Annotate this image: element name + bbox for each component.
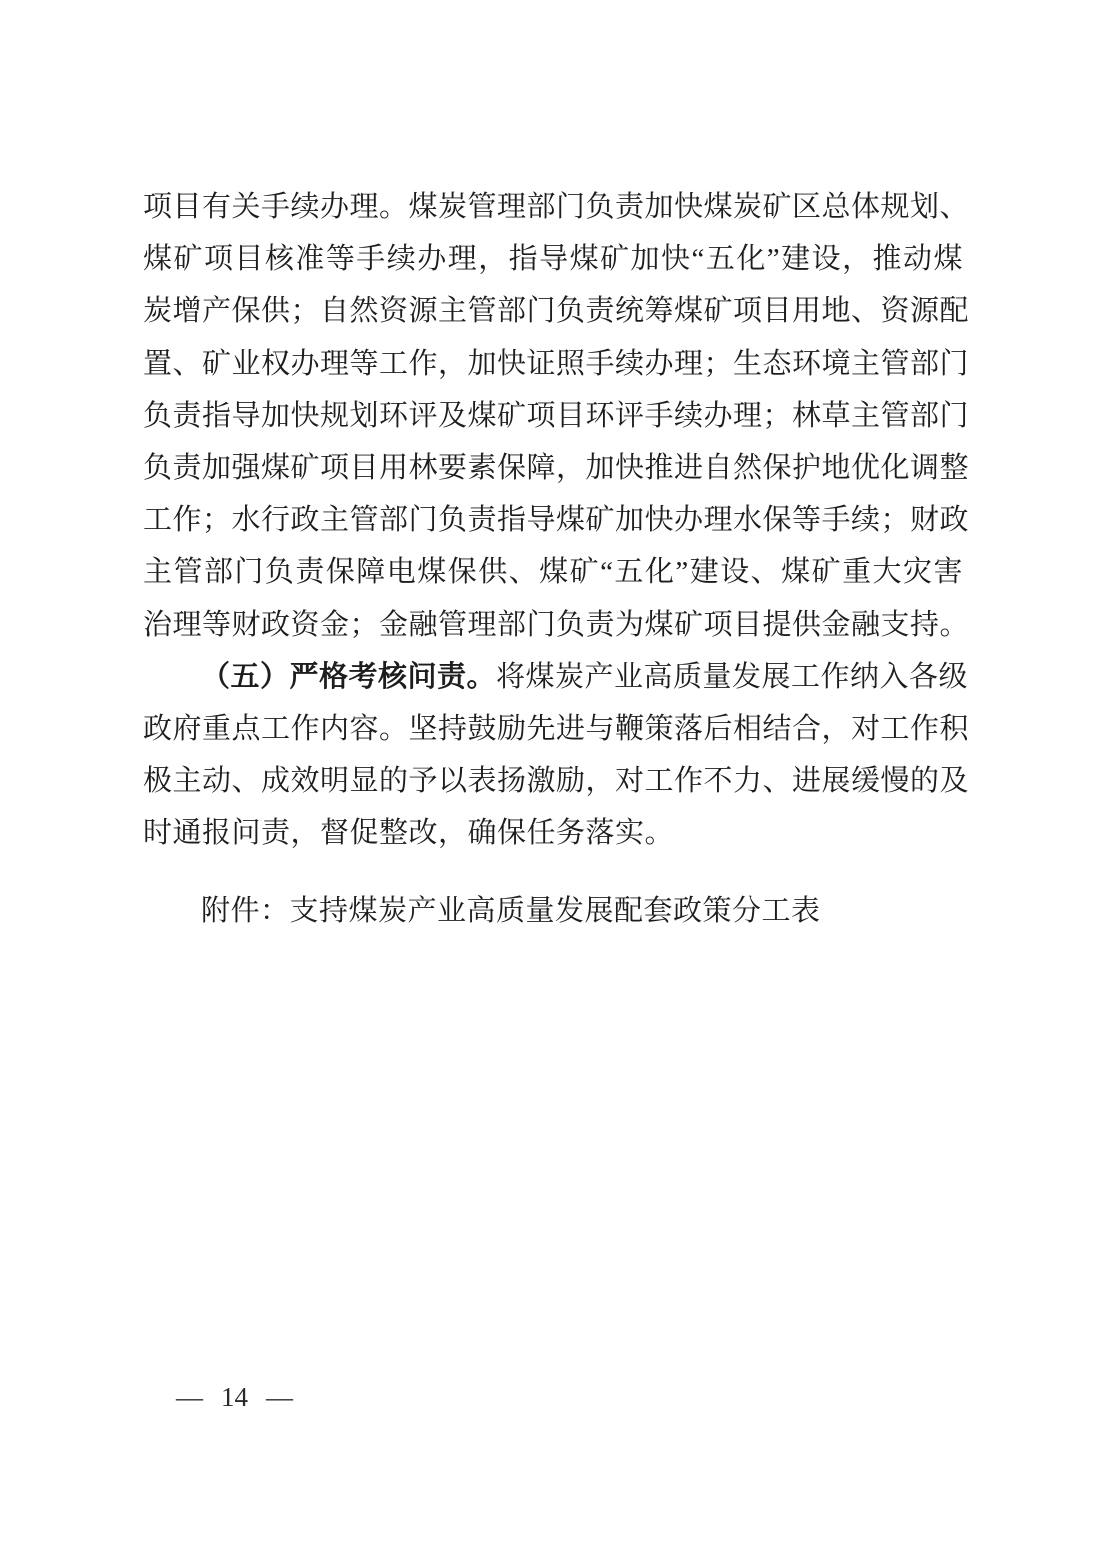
footer-dash-right: — bbox=[266, 1382, 293, 1413]
text-line: 政府重点工作内容。坚持鼓励先进与鞭策落后相结合，对工作积 bbox=[143, 703, 963, 755]
text-line: 负责指导加快规划环评及煤矿项目环评手续办理；林草主管部门 bbox=[143, 390, 963, 442]
section-heading: （五）严格考核问责。 bbox=[201, 661, 496, 693]
text-line: 煤矿项目核准等手续办理，指导煤矿加快“五化”建设，推动煤 bbox=[143, 233, 963, 285]
text-line: 炭增产保供；自然资源主管部门负责统筹煤矿项目用地、资源配 bbox=[143, 285, 963, 337]
document-page: 项目有关手续办理。煤炭管理部门负责加快煤炭矿区总体规划、煤矿项目核准等手续办理，… bbox=[0, 0, 1103, 1560]
text-line: 负责加强煤矿项目用林要素保障，加快推进自然保护地优化调整 bbox=[143, 442, 963, 494]
body-text-block: 项目有关手续办理。煤炭管理部门负责加快煤炭矿区总体规划、煤矿项目核准等手续办理，… bbox=[143, 181, 963, 938]
attachment-line: 附件：支持煤炭产业高质量发展配套政策分工表 bbox=[143, 885, 963, 937]
page-footer: — 14 — bbox=[176, 1382, 293, 1413]
footer-dash-left: — bbox=[176, 1382, 203, 1413]
text-line: 工作；水行政主管部门负责指导煤矿加快办理水保等手续；财政 bbox=[143, 494, 963, 546]
text-line: 极主动、成效明显的予以表扬激励，对工作不力、进展缓慢的及 bbox=[143, 755, 963, 807]
text-line: （五）严格考核问责。将煤炭产业高质量发展工作纳入各级 bbox=[143, 651, 963, 703]
text-line: 项目有关手续办理。煤炭管理部门负责加快煤炭矿区总体规划、 bbox=[143, 181, 963, 233]
text-line: 置、矿业权办理等工作，加快证照手续办理；生态环境主管部门 bbox=[143, 338, 963, 390]
body-text: 将煤炭产业高质量发展工作纳入各级 bbox=[496, 661, 968, 693]
text-line: 主管部门负责保障电煤保供、煤矿“五化”建设、煤矿重大灾害 bbox=[143, 546, 963, 598]
text-line: 治理等财政资金；金融管理部门负责为煤矿项目提供金融支持。 bbox=[143, 599, 963, 651]
page-number: 14 bbox=[221, 1382, 248, 1413]
text-line: 时通报问责，督促整改，确保任务落实。 bbox=[143, 807, 963, 859]
